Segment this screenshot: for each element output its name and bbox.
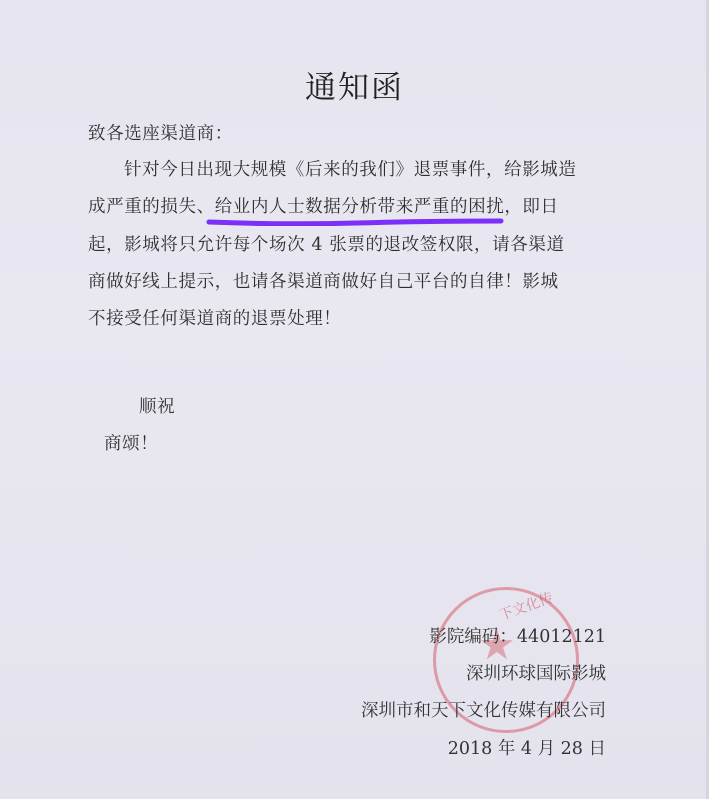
- document-title: 通知函: [0, 62, 709, 107]
- body-text: ，即日: [504, 197, 558, 217]
- body-line-5: 不接受任何渠道商的退票处理！: [88, 305, 341, 330]
- body-line-3: 起，影城将只允许每个场次 4 张票的退改签权限，请各渠道: [88, 231, 565, 256]
- body-line-1: 针对今日出现大规模《后来的我们》退票事件，给影城造: [124, 156, 577, 181]
- closing-2: 商颂！: [104, 430, 158, 455]
- highlighted-text: 给业内人士数据分析带来严重的困扰: [215, 197, 505, 217]
- cinema-name: 深圳环球国际影城: [466, 660, 606, 685]
- cinema-code: 影院编码：44012121: [429, 623, 606, 648]
- closing-1: 顺祝: [139, 393, 175, 418]
- body-line-2: 成严重的损失、给业内人士数据分析带来严重的困扰，即日: [88, 193, 559, 218]
- company-name: 深圳市和天下文化传媒有限公司: [361, 697, 606, 722]
- body-line-4: 商做好线上提示，也请各渠道商做好自己平台的自律！影城: [88, 268, 559, 293]
- document-date: 2018 年 4 月 28 日: [448, 735, 606, 760]
- purple-underline-annotation: [206, 217, 504, 226]
- salutation: 致各选座渠道商：: [88, 120, 233, 145]
- body-text: 成严重的损失、: [88, 197, 215, 217]
